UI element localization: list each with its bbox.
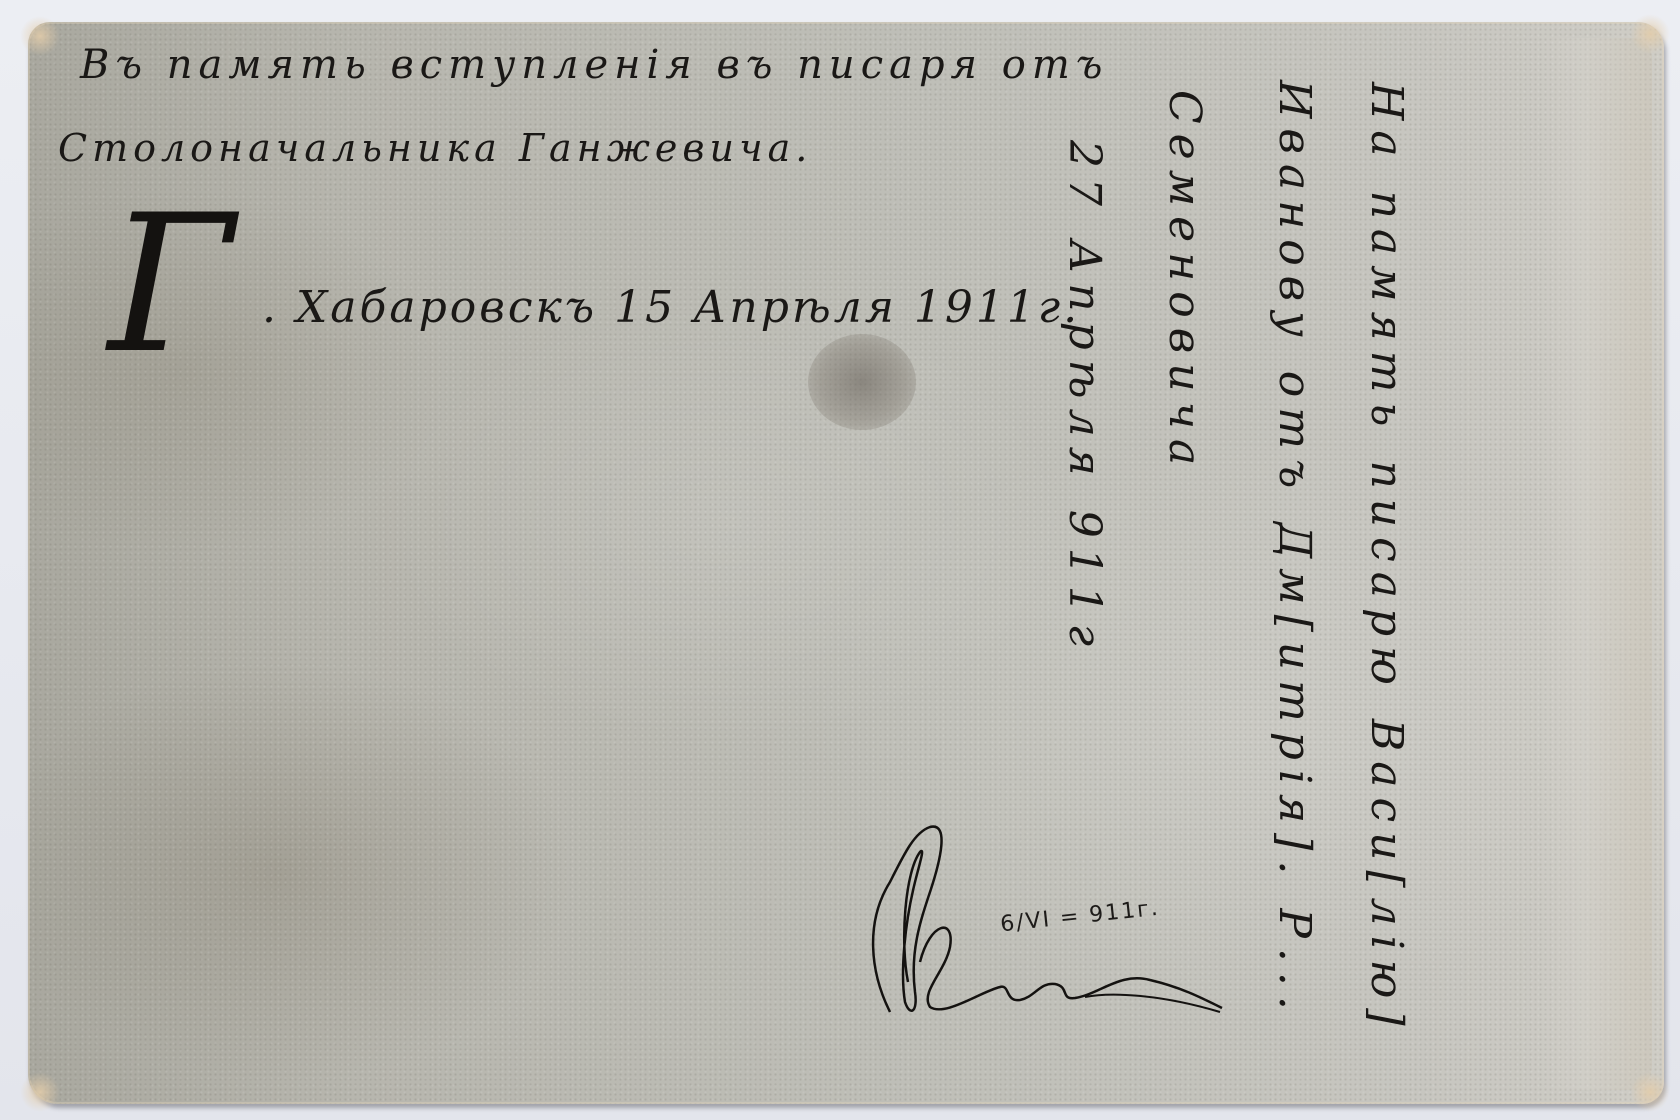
inscription-line-2: Столоначальника Ганжевича. xyxy=(58,126,812,170)
vertical-inscription-line-2: Иванову отъ Дм[итрія]. Р... xyxy=(1269,80,1320,1020)
corner-wear-bottom-right xyxy=(1630,1072,1670,1112)
corner-wear-top-right xyxy=(1630,14,1670,54)
vertical-inscription-line-3: Семеновича xyxy=(1159,90,1210,475)
corner-wear-top-left xyxy=(20,16,60,56)
photo-card-back xyxy=(28,22,1664,1104)
inscription-line-1: Въ память вступленія въ писаря отъ xyxy=(80,42,1108,88)
vertical-inscription-line-4: 27 Апрѣля 911г xyxy=(1059,140,1110,656)
vertical-inscription-line-1: На память писарю Васи[лію] xyxy=(1361,82,1412,1036)
decorative-initial: Г xyxy=(108,190,234,380)
signature-icon xyxy=(860,822,1240,1022)
ink-stain xyxy=(808,334,916,430)
corner-wear-bottom-left xyxy=(20,1072,60,1112)
inscription-place-date: . Хабаровскъ 15 Апрѣля 1911г. xyxy=(262,282,1080,333)
card-edge-shading xyxy=(1542,38,1652,1090)
